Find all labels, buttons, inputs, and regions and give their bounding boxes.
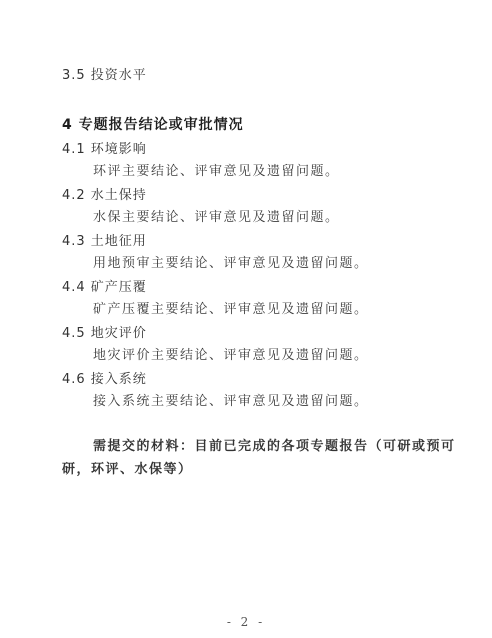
subsection-text-4-3: 用地预审主要结论、评审意见及遗留问题。 — [93, 252, 369, 271]
subsection-text-4-2: 水保主要结论、评审意见及遗留问题。 — [93, 206, 340, 225]
subsection-text-4-6: 接入系统主要结论、评审意见及遗留问题。 — [93, 390, 369, 409]
page-number: - 2 - — [0, 615, 492, 629]
section-3-5-heading: 3.5 投资水平 — [62, 64, 147, 83]
subsection-text-4-5: 地灾评价主要结论、评审意见及遗留问题。 — [93, 344, 369, 363]
subsection-text-4-1: 环评主要结论、评审意见及遗留问题。 — [93, 160, 340, 179]
subsection-heading-4-5: 4.5 地灾评价 — [62, 322, 147, 341]
subsection-heading-4-2: 4.2 水土保持 — [62, 184, 147, 203]
materials-line-1: 需提交的材料：目前已完成的各项专题报告（可研或预可 — [93, 435, 456, 454]
subsection-text-4-4: 矿产压覆主要结论、评审意见及遗留问题。 — [93, 298, 369, 317]
subsection-heading-4-1: 4.1 环境影响 — [62, 138, 147, 157]
subsection-heading-4-4: 4.4 矿产压覆 — [62, 276, 147, 295]
materials-line-2: 研，环评、水保等） — [62, 458, 193, 477]
subsection-heading-4-6: 4.6 接入系统 — [62, 368, 147, 387]
subsection-heading-4-3: 4.3 土地征用 — [62, 230, 147, 249]
section-4-title: 4 专题报告结论或审批情况 — [62, 114, 244, 134]
